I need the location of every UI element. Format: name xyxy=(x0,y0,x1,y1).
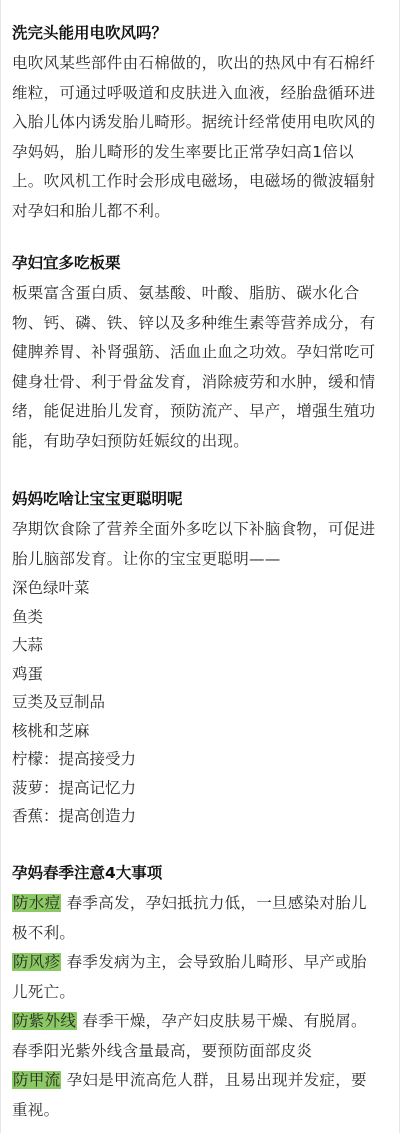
tip-line: 防水痘 春季高发，孕妇抵抗力低，一旦感染对胎儿 xyxy=(12,889,391,919)
food-item: 豆类及豆制品 xyxy=(12,688,391,717)
section-title: 孕妇宜多吃板栗 xyxy=(12,252,391,274)
body-line: 能，有助孕妇预防妊娠纹的出现。 xyxy=(12,427,391,457)
section-title: 洗完头能用电吹风吗？ xyxy=(12,22,391,44)
section-body: 板栗富含蛋白质、氨基酸、叶酸、脂肪、碳水化合 物、钙、磷、铁、锌以及多种维生素等… xyxy=(12,279,391,456)
body-line: 孕期饮食除了营养全面外多吃以下补脑食物，可促进 xyxy=(12,515,391,545)
body-line: 孕妈妈，胎儿畸形的发生率要比正常孕妇高1倍以 xyxy=(12,138,391,168)
tip-tag-flu: 防甲流 xyxy=(12,1071,61,1089)
tip-text: 孕妇是甲流高危人群，且易出现并发症，要 xyxy=(61,1071,366,1089)
section-smart-baby: 妈妈吃啥让宝宝更聪明呢 孕期饮食除了营养全面外多吃以下补脑食物，可促进 胎儿脑部… xyxy=(12,488,391,831)
food-item: 核桃和芝麻 xyxy=(12,717,391,746)
food-item: 鸡蛋 xyxy=(12,660,391,689)
tip-line: 儿死亡。 xyxy=(12,978,391,1008)
article-page: 洗完头能用电吹风吗？ 电吹风某些部件由石棉做的，吹出的热风中有石棉纤 维粒，可通… xyxy=(0,0,400,1133)
tip-line: 极不利。 xyxy=(12,919,391,949)
tip-line: 防甲流 孕妇是甲流高危人群，且易出现并发症，要 xyxy=(12,1066,391,1096)
body-line: 胎儿脑部发育。让你的宝宝更聪明—— xyxy=(12,545,391,575)
body-line: 维粒，可通过呼吸道和皮肤进入血液，经胎盘循环进 xyxy=(12,79,391,109)
tips-body: 防水痘 春季高发，孕妇抵抗力低，一旦感染对胎儿 极不利。 防风疹 春季发病为主，… xyxy=(12,889,391,1125)
tip-tag-chickenpox: 防水痘 xyxy=(12,894,61,912)
body-line: 对孕妇和胎儿都不利。 xyxy=(12,197,391,227)
section-hair-dryer: 洗完头能用电吹风吗？ 电吹风某些部件由石棉做的，吹出的热风中有石棉纤 维粒，可通… xyxy=(12,22,391,226)
tip-line: 重视。 xyxy=(12,1096,391,1126)
tip-line: 防风疹 春季发病为主，会导致胎儿畸形、早产或胎 xyxy=(12,948,391,978)
food-item: 深色绿叶菜 xyxy=(12,574,391,603)
tip-tag-rubella: 防风疹 xyxy=(12,953,61,971)
food-item: 香蕉：提高创造力 xyxy=(12,802,391,831)
tip-text: 春季发病为主，会导致胎儿畸形、早产或胎 xyxy=(61,953,366,971)
body-line: 上。吹风机工作时会形成电磁场，电磁场的微波辐射 xyxy=(12,167,391,197)
section-body: 孕期饮食除了营养全面外多吃以下补脑食物，可促进 胎儿脑部发育。让你的宝宝更聪明—… xyxy=(12,515,391,574)
tip-line: 春季阳光紫外线含量最高，要预防面部皮炎 xyxy=(12,1037,391,1067)
body-line: 物、钙、磷、铁、锌以及多种维生素等营养成分，有 xyxy=(12,309,391,339)
section-body: 电吹风某些部件由石棉做的，吹出的热风中有石棉纤 维粒，可通过呼吸道和皮肤进入血液… xyxy=(12,49,391,226)
section-spring-tips: 孕妈春季注意4大事项 防水痘 春季高发，孕妇抵抗力低，一旦感染对胎儿 极不利。 … xyxy=(12,862,391,1125)
body-line: 电吹风某些部件由石棉做的，吹出的热风中有石棉纤 xyxy=(12,49,391,79)
body-line: 绪，能促进胎儿发育，预防流产、早产，增强生殖功 xyxy=(12,397,391,427)
section-chestnut: 孕妇宜多吃板栗 板栗富含蛋白质、氨基酸、叶酸、脂肪、碳水化合 物、钙、磷、铁、锌… xyxy=(12,252,391,456)
tip-tag-uv: 防紫外线 xyxy=(12,1012,77,1030)
food-item: 菠萝：提高记忆力 xyxy=(12,774,391,803)
food-item: 大蒜 xyxy=(12,631,391,660)
body-line: 板栗富含蛋白质、氨基酸、叶酸、脂肪、碳水化合 xyxy=(12,279,391,309)
tip-line: 防紫外线 春季干燥，孕产妇皮肤易干燥、有脱屑。 xyxy=(12,1007,391,1037)
tip-text: 春季高发，孕妇抵抗力低，一旦感染对胎儿 xyxy=(61,894,366,912)
tip-text: 春季干燥，孕产妇皮肤易干燥、有脱屑。 xyxy=(77,1012,367,1030)
body-line: 健脾养胃、补肾强筋、活血止血之功效。孕妇常吃可 xyxy=(12,338,391,368)
body-line: 入胎儿体内诱发胎儿畸形。据统计经常使用电吹风的 xyxy=(12,108,391,138)
food-item: 柠檬：提高接受力 xyxy=(12,745,391,774)
food-item: 鱼类 xyxy=(12,603,391,632)
food-list: 深色绿叶菜 鱼类 大蒜 鸡蛋 豆类及豆制品 核桃和芝麻 柠檬：提高接受力 菠萝：… xyxy=(12,574,391,831)
section-title: 孕妈春季注意4大事项 xyxy=(12,862,391,884)
section-title: 妈妈吃啥让宝宝更聪明呢 xyxy=(12,488,391,510)
body-line: 健身壮骨、利于骨盆发育，消除疲劳和水肿，缓和情 xyxy=(12,368,391,398)
